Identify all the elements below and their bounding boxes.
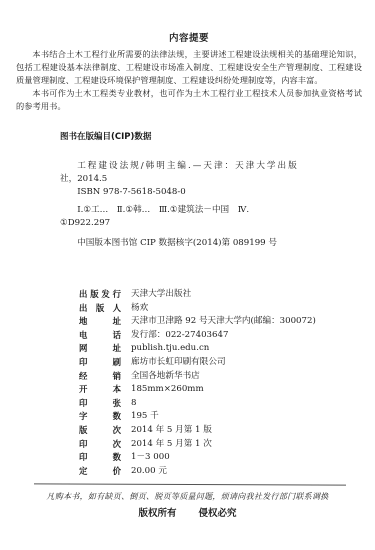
rights-reserved: 版权所有 (138, 508, 176, 519)
publication-row: 印数1－3 000 (79, 451, 349, 465)
publication-value: 发行部：022-27403647 (131, 329, 349, 343)
publication-row: 开本185mm×260mm (79, 383, 349, 397)
publication-label: 出版发行 (79, 288, 121, 302)
publication-label: 印数 (79, 451, 121, 465)
publication-label: 地址 (79, 315, 121, 329)
publication-value: 2014 年 5 月第 1 版 (131, 424, 349, 438)
publication-value: 1－3 000 (131, 451, 349, 465)
publication-label: 网址 (79, 342, 121, 356)
publication-value: 全国各地新华书店 (131, 370, 349, 384)
publication-label: 版次 (79, 424, 121, 438)
publication-label: 出版人 (79, 302, 121, 316)
publication-value: publish.tju.edu.cn (131, 342, 349, 356)
publication-value: 天津市卫津路 92 号天津大学内(邮编：300072) (131, 315, 349, 329)
publication-row: 网址publish.tju.edu.cn (79, 342, 349, 356)
cip-subjects-line-1: Ⅰ.①工… Ⅱ.①韩… Ⅲ.①建筑法－中国 Ⅳ. (60, 204, 310, 217)
publication-label: 印刷 (79, 356, 121, 370)
publication-row: 字数195 千 (79, 410, 349, 424)
publication-value: 廊坊市长虹印刷有限公司 (131, 356, 349, 370)
publication-label: 定价 (79, 465, 121, 479)
publication-row: 地址天津市卫津路 92 号天津大学内(邮编：300072) (79, 315, 349, 329)
publication-row: 定价20.00 元 (79, 465, 349, 479)
publication-label: 电话 (79, 329, 121, 343)
copyright-statement: 版权所有侵权必究 (0, 505, 375, 519)
summary-title: 内容提要 (16, 30, 362, 44)
publication-row: 出版发行天津大学出版社 (79, 288, 349, 302)
publication-label: 印张 (79, 397, 121, 411)
divider-line (34, 483, 346, 485)
publication-value: 20.00 元 (131, 465, 349, 479)
cip-isbn: ISBN 978-7-5618-5048-0 (60, 186, 310, 199)
summary-paragraph-1: 本书结合土木工程行业所需要的法律法规，主要讲述工程建设法规相关的基础理论知识，包… (16, 48, 362, 87)
publication-row: 印张8 (79, 397, 349, 411)
cip-entry-line-2: 社，2014.5 (60, 173, 310, 186)
cip-core-number: 中国版本图书馆 CIP 数据核字(2014)第 089199 号 (60, 237, 310, 250)
publication-value: 天津大学出版社 (131, 288, 349, 302)
publication-label: 字数 (79, 410, 121, 424)
publication-label: 开本 (79, 383, 121, 397)
publication-value: 185mm×260mm (131, 383, 349, 397)
cip-subjects-line-2: ①D922.297 (60, 217, 310, 230)
cip-entry-line-1: 工程建设法规/韩明主编.—天津：天津大学出版 (60, 160, 310, 173)
infringement-warning: 侵权必究 (199, 508, 237, 519)
publication-row: 经销全国各地新华书店 (79, 370, 349, 384)
summary-paragraph-2: 本书可作为土木工程类专业教材，也可作为土木工程行业工程技术人员参加执业资格考试的… (16, 87, 362, 113)
cip-title: 图书在版编目(CIP)数据 (60, 130, 310, 142)
publication-row: 出版人杨欢 (79, 302, 349, 316)
cip-data-block: 图书在版编目(CIP)数据 工程建设法规/韩明主编.—天津：天津大学出版 社，2… (60, 130, 310, 250)
publication-row: 印刷廊坊市长虹印刷有限公司 (79, 356, 349, 370)
publication-value: 8 (131, 397, 349, 411)
publication-value: 杨欢 (131, 302, 349, 316)
publication-label: 经销 (79, 370, 121, 384)
publication-value: 195 千 (131, 410, 349, 424)
publication-value: 2014 年 5 月第 1 次 (131, 438, 349, 452)
publication-row: 印次2014 年 5 月第 1 次 (79, 438, 349, 452)
publication-row: 版次2014 年 5 月第 1 版 (79, 424, 349, 438)
quality-notice: 凡购本书，如有缺页、倒页、脱页等质量问题，烦请向我社发行部门联系调换 (0, 491, 375, 502)
publication-row: 电话发行部：022-27403647 (79, 329, 349, 343)
publication-label: 印次 (79, 438, 121, 452)
content-summary: 内容提要 本书结合土木工程行业所需要的法律法规，主要讲述工程建设法规相关的基础理… (16, 30, 362, 113)
publication-info: 出版发行天津大学出版社出版人杨欢地址天津市卫津路 92 号天津大学内(邮编：30… (79, 288, 349, 478)
cip-body: 工程建设法规/韩明主编.—天津：天津大学出版 社，2014.5 ISBN 978… (60, 160, 310, 250)
